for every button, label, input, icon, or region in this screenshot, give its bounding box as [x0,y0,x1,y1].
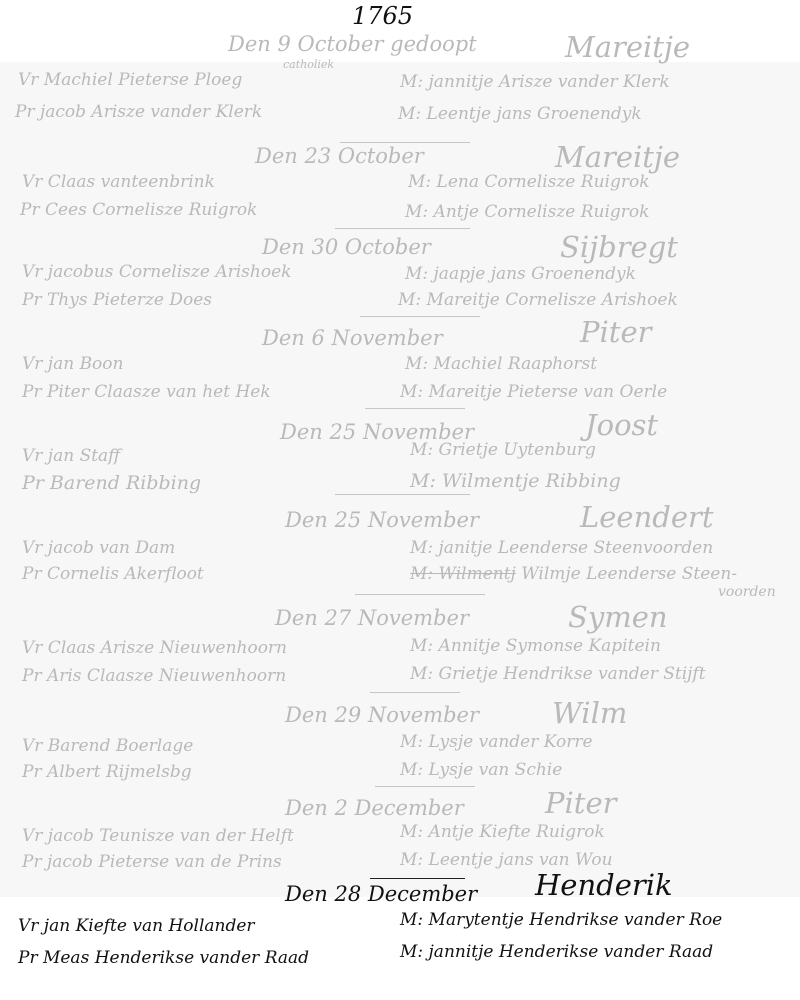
entry-date: Den 30 October [262,235,431,259]
witness-line: M: Leentje jans Groenendyk [398,104,642,124]
child-name: Piter [545,786,616,820]
divider-rule [360,316,480,317]
witness-line: M: Leentje jans van Wou [400,850,613,870]
father-line: Vr Claas Arisze Nieuwenhoorn [22,638,287,658]
entry-date: Den 25 November [285,508,479,532]
divider-rule [375,786,475,787]
witness-line: M: Machiel Raaphorst [405,354,597,374]
witness-line: M: Wilmentj Wilmje Leenderse Steen- [410,564,737,584]
divider-rule [365,408,465,409]
entry-date: Den 29 November [285,703,479,727]
father-line: Vr jan Staff [22,446,120,466]
entry-date: Den 28 December [285,882,477,906]
divider-rule [370,878,465,879]
witness-line: M: jannitje Henderikse vander Raad [400,942,713,962]
child-name: Joost [585,408,658,442]
mother-line: Pr jacob Arisze vander Klerk [15,102,262,122]
mother-line: Pr Cornelis Akerfloot [22,564,204,584]
father-line: Vr Barend Boerlage [22,736,193,756]
register-page: 1765 Den 9 October gedoopt Mareitje cath… [0,0,800,1000]
father-line: Vr jacob van Dam [22,538,175,558]
entry-date: Den 9 October gedoopt [228,32,477,56]
child-name: Mareitje [565,30,690,64]
child-name: Symen [568,600,668,634]
witness-line: M: Lysje van Schie [400,760,562,780]
witness-line: M: Antje Kiefte Ruigrok [400,822,605,842]
child-name: Mareitje [555,140,680,174]
divider-rule [370,692,460,693]
mother-line: Pr Cees Cornelisze Ruigrok [20,200,257,220]
divider-rule [340,142,470,143]
mother-line: Pr Aris Claasze Nieuwenhoorn [22,666,286,686]
witness-line: M: Lena Cornelisze Ruigrok [408,172,650,192]
witness-line: M: Grietje Uytenburg [410,440,596,460]
mother-line: Pr Albert Rijmelsbg [22,762,192,782]
mother-line: Pr Meas Henderikse vander Raad [18,948,309,968]
father-line: Vr Claas vanteenbrink [22,172,215,192]
mother-line: Pr Barend Ribbing [22,472,201,494]
witness-line: M: Mareitje Cornelisze Arishoek [398,290,678,310]
mother-line: Pr Piter Claasze van het Hek [22,382,271,402]
divider-rule [335,228,470,229]
witness-continuation: voorden [718,584,776,600]
father-line: Vr jacobus Cornelisze Arishoek [22,262,291,282]
child-name: Piter [580,315,651,349]
witness-line: M: Annitje Symonse Kapitein [410,636,661,656]
child-name: Wilm [552,696,627,730]
father-line: Vr jan Kiefte van Hollander [18,916,255,936]
father-line: Vr Machiel Pieterse Ploeg [18,70,242,90]
witness-line: M: jaapje jans Groenendyk [405,264,636,284]
mother-line: Pr Thys Pieterze Does [22,290,212,310]
child-name: Henderik [535,868,673,902]
entry-date: Den 6 November [262,326,443,350]
entry-date: Den 23 October [255,144,424,168]
witness-line: M: janitje Leenderse Steenvoorden [410,538,713,558]
entry-date: Den 2 December [285,796,464,820]
father-line: Vr jan Boon [22,354,123,374]
year-heading: 1765 [352,2,413,30]
father-line: Vr jacob Teunisze van der Helft [22,826,294,846]
witness-line: M: Marytentje Hendrikse vander Roe [400,910,722,930]
witness-line: M: Lysje vander Korre [400,732,593,752]
child-name: Leendert [580,500,714,534]
entry-date: Den 27 November [275,606,469,630]
divider-rule [335,494,470,495]
divider-rule [355,594,485,595]
struck-text: M: Wilmentj [410,564,516,584]
witness-line: M: Grietje Hendrikse vander Stijft [410,664,706,684]
child-name: Sijbregt [560,230,678,264]
witness-line: M: Mareitje Pieterse van Oerle [400,382,667,402]
witness-line: M: Wilmentje Ribbing [410,470,621,492]
father-note: catholiek [283,58,334,71]
mother-line: Pr jacob Pieterse van de Prins [22,852,282,872]
witness-corrected: Wilmje Leenderse Steen- [521,564,737,584]
witness-line: M: Antje Cornelisze Ruigrok [405,202,649,222]
witness-line: M: jannitje Arisze vander Klerk [400,72,670,92]
